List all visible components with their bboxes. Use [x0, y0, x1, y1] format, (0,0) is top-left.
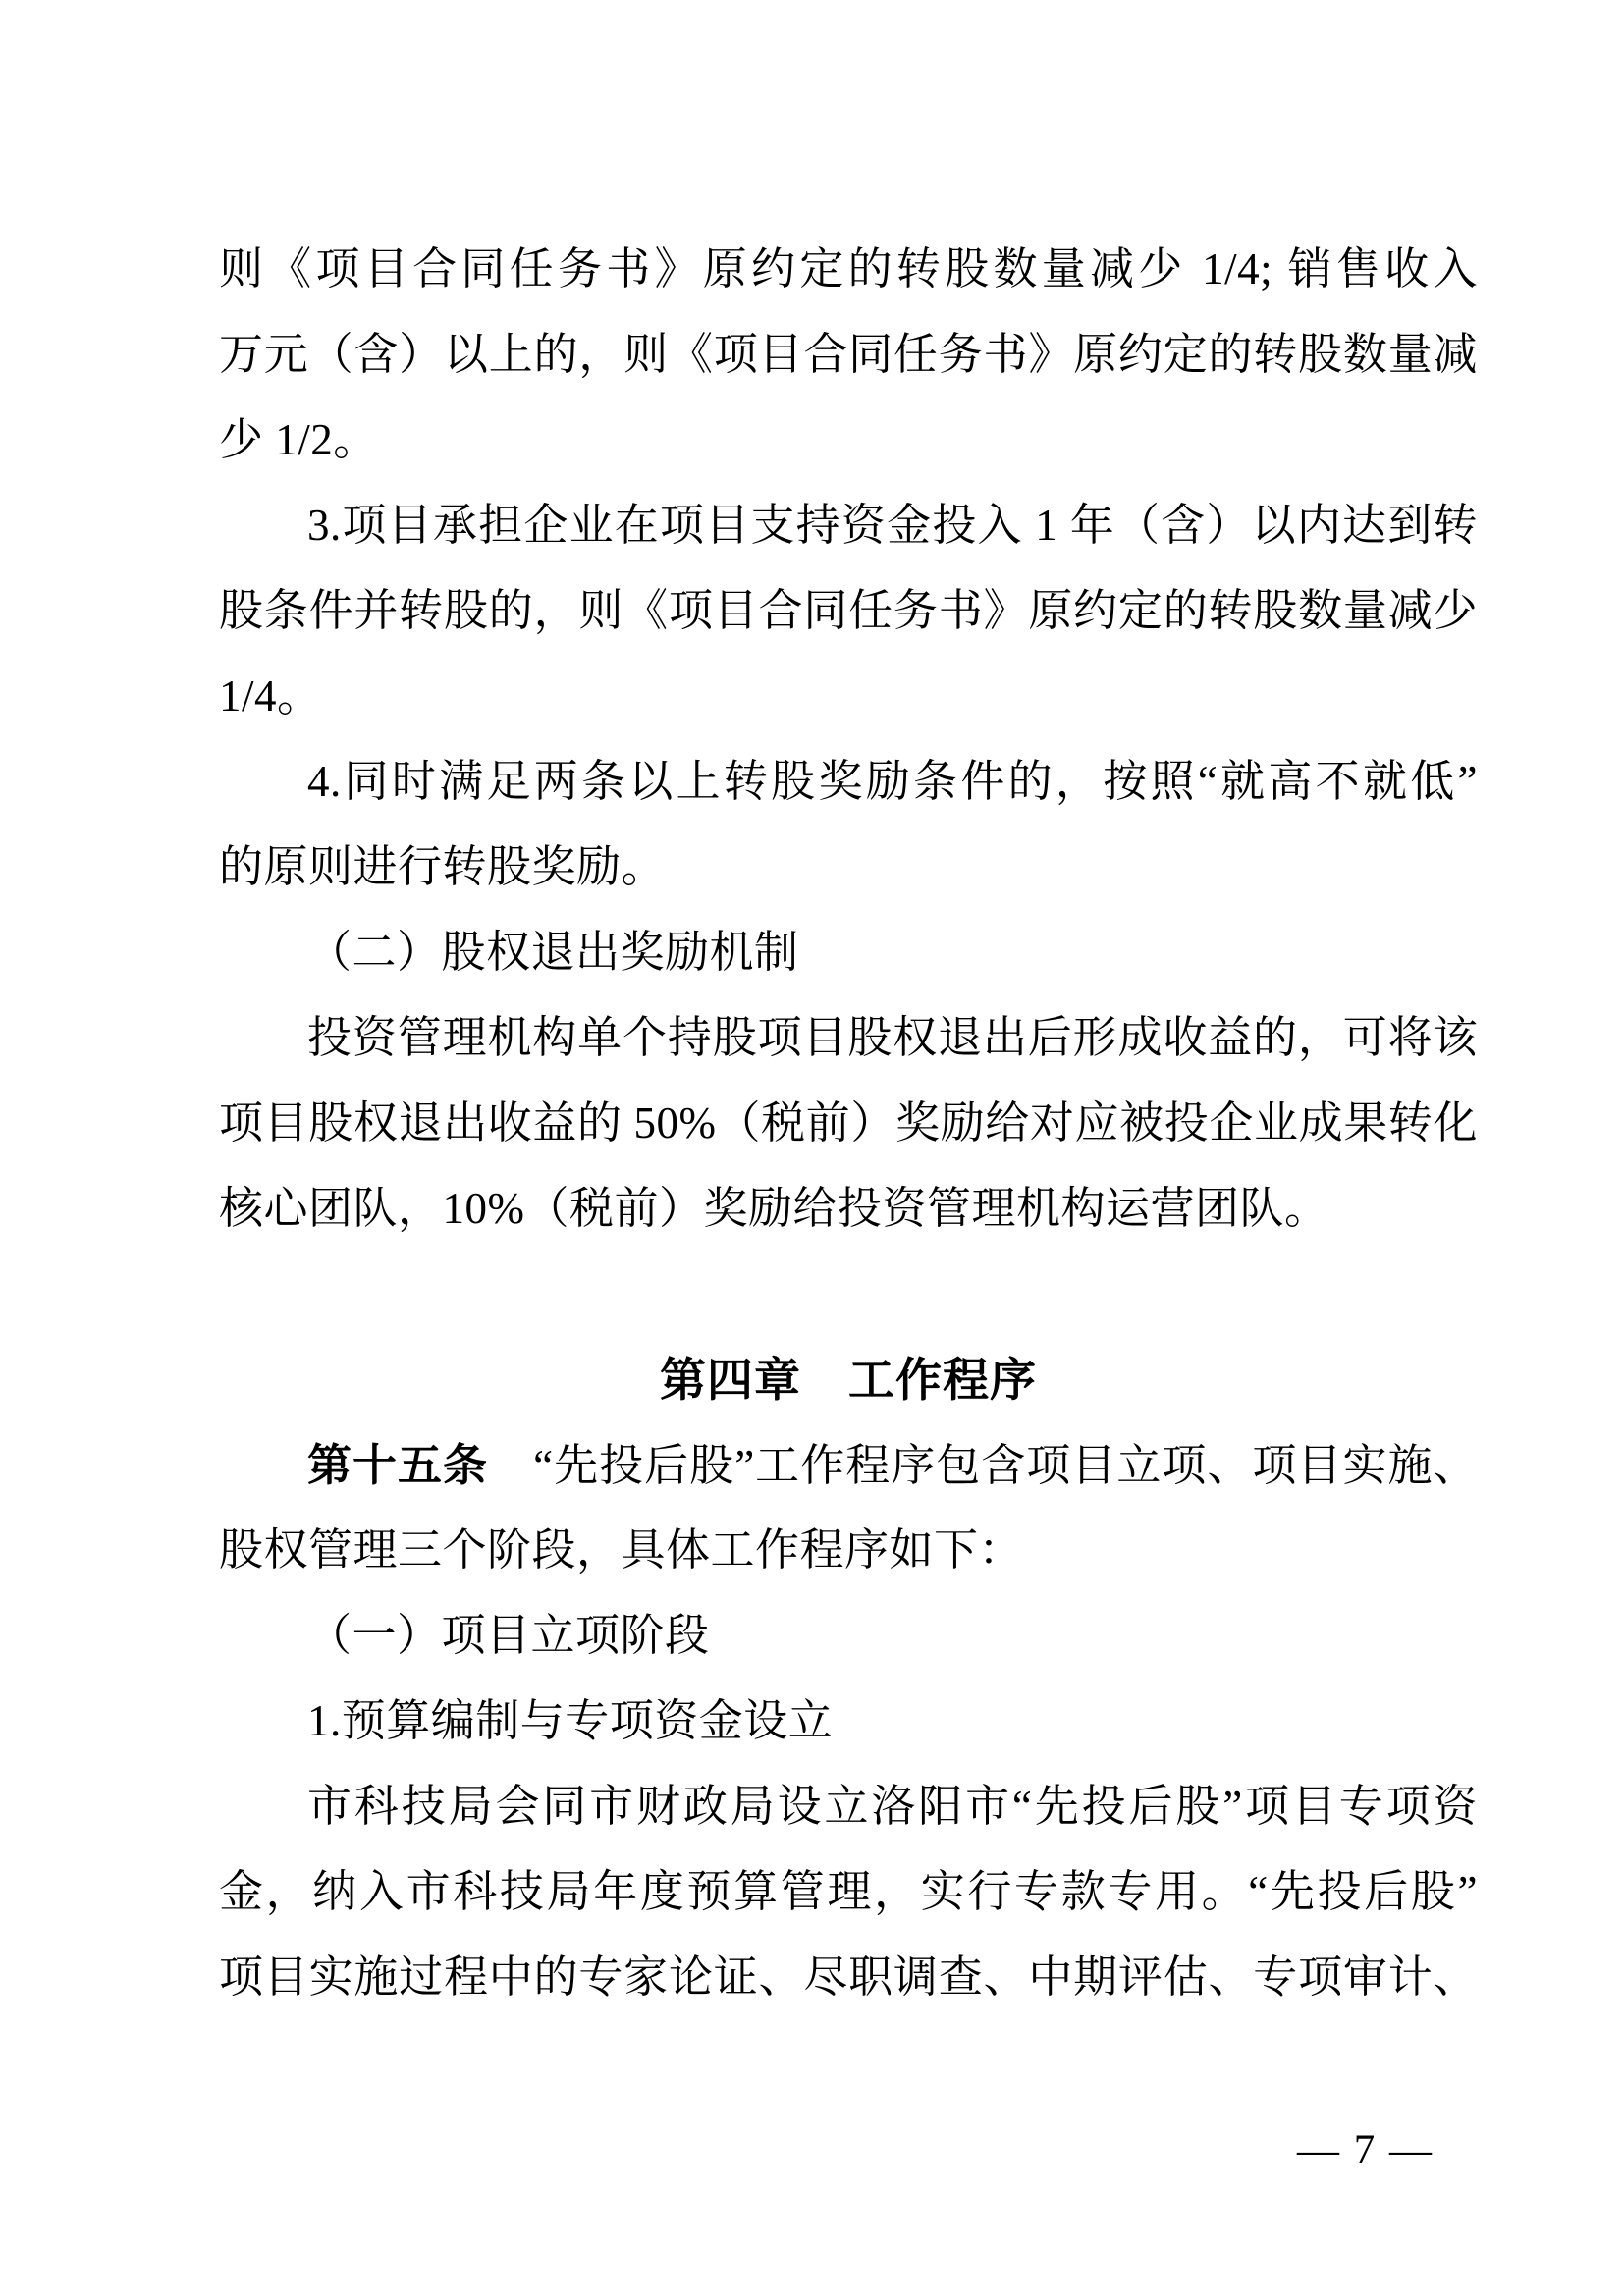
chapter-heading: 第四章 工作程序 [219, 1337, 1478, 1422]
page-number: — 7 — [1297, 2126, 1434, 2175]
body-line: 4.同时满足两条以上转股奖励条件的，按照“就高不就低” [219, 739, 1478, 825]
text-column: 则《项目合同任务书》原约定的转股数量减少 1/4; 销售收入 1000 万元（含… [219, 227, 1478, 2020]
body-line: 项目股权退出收益的 50%（税前）奖励给对应被投企业成果转化 [219, 1081, 1478, 1166]
body-line: 的原则进行转股奖励。 [219, 825, 1478, 910]
body-line: 则《项目合同任务书》原约定的转股数量减少 1/4; 销售收入 1000 [219, 227, 1478, 312]
body-line: （一）项目立项阶段 [219, 1593, 1478, 1679]
document-page: 则《项目合同任务书》原约定的转股数量减少 1/4; 销售收入 1000 万元（含… [0, 0, 1624, 2296]
article-number: 第十五条 [307, 1440, 488, 1490]
body-line: 金，纳入市科技局年度预算管理，实行专款专用。“先投后股” [219, 1849, 1478, 1935]
body-line: 3.项目承担企业在项目支持资金投入 1 年（含）以内达到转 [219, 483, 1478, 568]
body-line: 1/4。 [219, 654, 1478, 739]
blank-line [219, 1252, 1478, 1337]
body-line: 市科技局会同市财政局设立洛阳市“先投后股”项目专项资 [219, 1764, 1478, 1849]
body-line: 核心团队，10%（税前）奖励给投资管理机构运营团队。 [219, 1166, 1478, 1252]
body-line: 少 1/2。 [219, 398, 1478, 483]
body-line: （二）股权退出奖励机制 [219, 910, 1478, 995]
body-line: 万元（含）以上的，则《项目合同任务书》原约定的转股数量减 [219, 312, 1478, 398]
body-line: 股条件并转股的，则《项目合同任务书》原约定的转股数量减少 [219, 568, 1478, 654]
body-line: 项目实施过程中的专家论证、尽职调查、中期评估、专项审计、 [219, 1935, 1478, 2020]
body-line: 1.预算编制与专项资金设立 [219, 1679, 1478, 1764]
body-line-article: 第十五条 “先投后股”工作程序包含项目立项、项目实施、 [219, 1422, 1478, 1508]
article-text: “先投后股”工作程序包含项目立项、项目实施、 [488, 1441, 1478, 1490]
body-line: 投资管理机构单个持股项目股权退出后形成收益的，可将该 [219, 995, 1478, 1081]
body-line: 股权管理三个阶段，具体工作程序如下： [219, 1508, 1478, 1593]
